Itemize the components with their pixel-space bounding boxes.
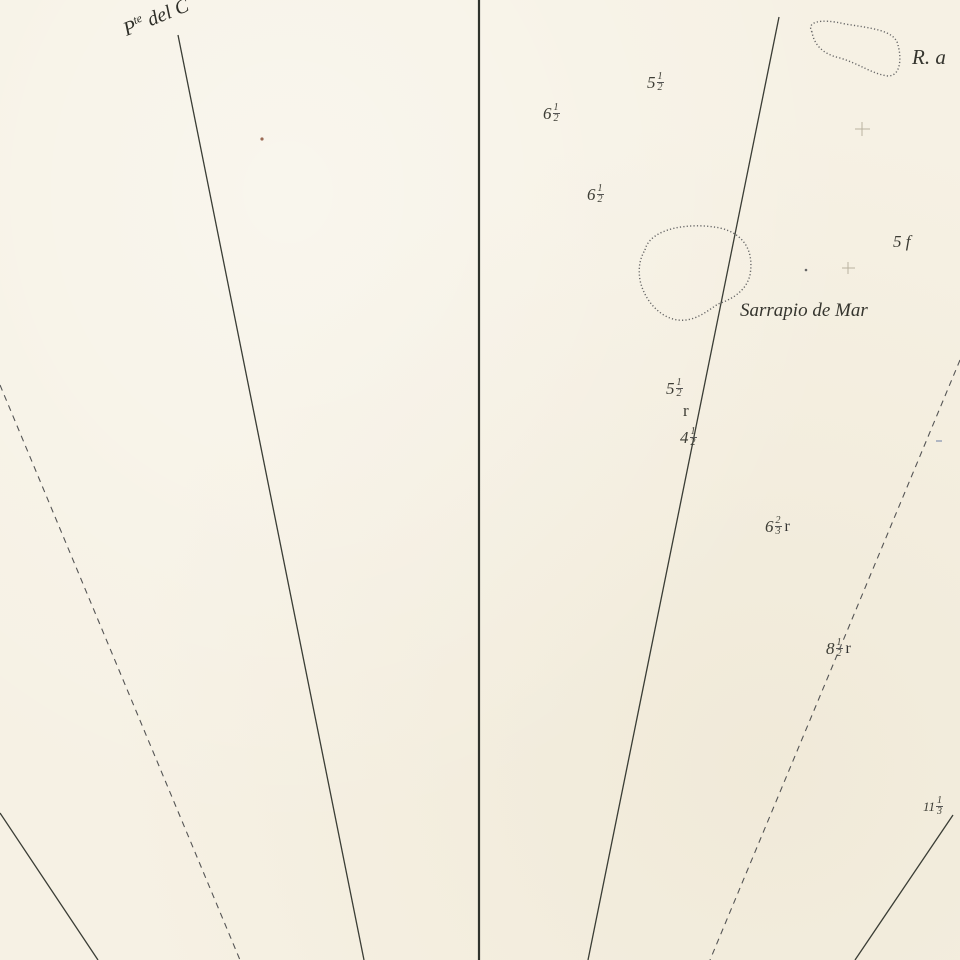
- bearing-line-right-dashed: [710, 360, 960, 960]
- bearing-line-far-left: [0, 813, 98, 960]
- stain-dot: [260, 137, 263, 140]
- depth-sounding: 6 12: [587, 184, 604, 205]
- depth-sounding: 5 12: [647, 72, 664, 93]
- depth-sounding: 4 12: [680, 427, 697, 448]
- bottom-quality-note: 5 f: [893, 233, 910, 250]
- cross-mark-upper: [855, 122, 870, 136]
- rock-outline: [811, 21, 900, 76]
- nautical-chart: Pte del C R. a Sarrapio de Mar 5 f 6 12 …: [0, 0, 960, 960]
- depth-sounding: 11 13: [923, 796, 943, 817]
- cross-mark-middle: [842, 262, 855, 274]
- shoal-label: Sarrapio de Mar: [740, 301, 868, 320]
- depth-sounding: 6 12: [543, 103, 560, 124]
- depth-sounding: 8 12 r: [826, 638, 851, 659]
- bearing-line-left-dashed: [0, 385, 240, 960]
- rock-label: R. a: [912, 47, 946, 68]
- bottom-mark-rock: r: [683, 402, 689, 419]
- depth-sounding: 6 23 r: [765, 516, 790, 537]
- bearing-line-right-center: [588, 17, 779, 960]
- chart-lines: [0, 0, 960, 960]
- dot-mark: [805, 269, 808, 272]
- depth-sounding: 5 12: [666, 378, 683, 399]
- bearing-line-left-center: [178, 35, 364, 960]
- bearing-line-far-right: [855, 815, 953, 960]
